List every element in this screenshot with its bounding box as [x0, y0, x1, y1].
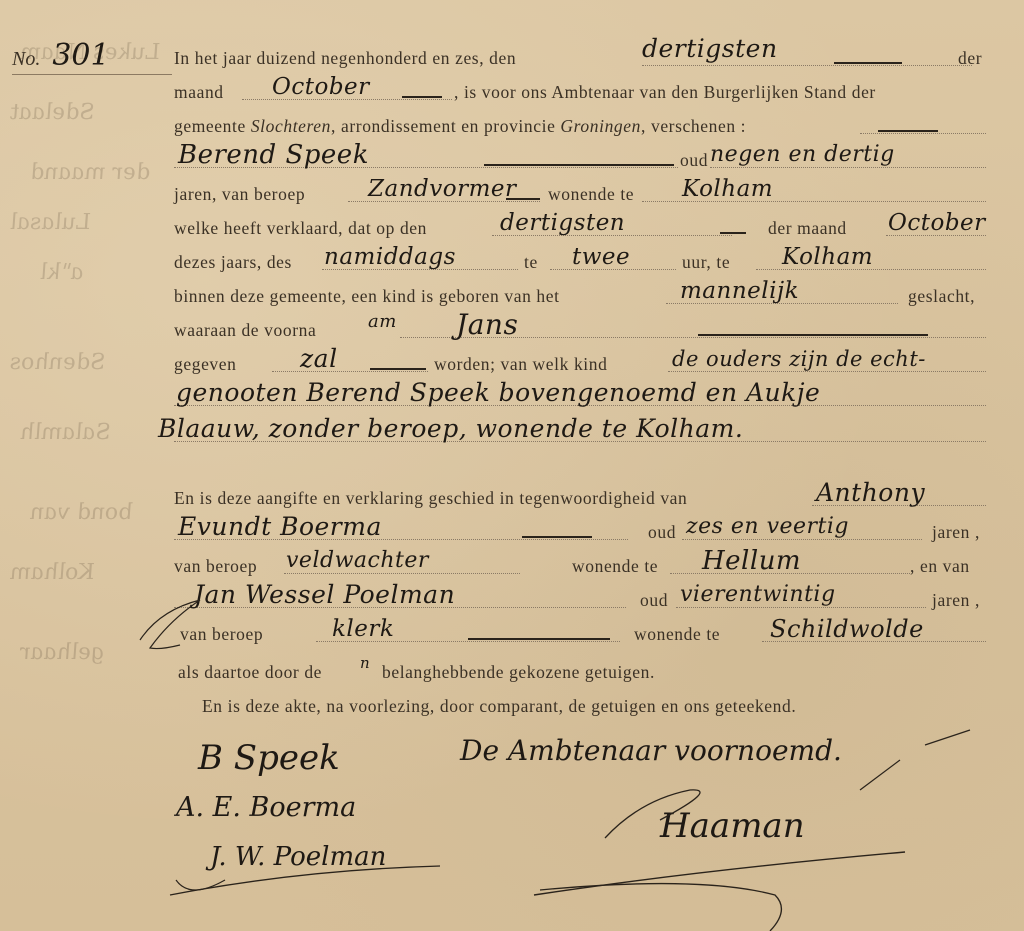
printed-text: oud	[680, 150, 708, 170]
handwritten-correction: am	[368, 305, 397, 339]
handwritten-mother-details: Blaauw, zonder beroep, wonende te Kolham…	[158, 412, 743, 446]
filler-dash	[834, 62, 902, 64]
handwritten-parents-intro: de ouders zijn de echt-	[672, 342, 926, 376]
printed-arrondissement: , arrondissement en provincie	[331, 116, 555, 136]
line-16: Jan Wessel Poelman oud vierentwintig jar…	[172, 580, 988, 614]
printed-text: En is deze akte, na voorlezing, door com…	[202, 696, 796, 716]
handwritten-witness1-occupation: veldwachter	[286, 544, 429, 578]
line-6: welke heeft verklaard, dat op den dertig…	[172, 208, 988, 242]
line-7: dezes jaars, des namiddags te twee uur, …	[172, 242, 988, 276]
filler-dash	[402, 96, 442, 98]
line-17: van beroep klerk wonende te Schildwolde	[172, 614, 988, 648]
printed-text: als daartoe door de	[178, 662, 322, 682]
line-10: gegeven zal worden; van welk kind de oud…	[172, 344, 988, 378]
line-2: maand October , is voor ons Ambtenaar va…	[172, 72, 988, 106]
printed-text: In het jaar duizend negenhonderd en zes,…	[174, 48, 516, 68]
act-number: 301	[52, 38, 109, 73]
line-8: binnen deze gemeente, een kind is gebore…	[172, 276, 988, 310]
official-caption: De Ambtenaar voornoemd.	[460, 734, 842, 767]
handwritten-zal: zal	[300, 342, 338, 376]
handwritten-witness2-residence: Schildwolde	[770, 612, 924, 646]
handwritten-time-of-day: namiddags	[324, 240, 456, 274]
act-number-block: No. 301	[12, 38, 172, 73]
handwritten-witness2-age: vierentwintig	[680, 578, 836, 612]
number-label: No.	[12, 48, 40, 70]
signature-declarant: B Speek	[198, 738, 340, 778]
filler-dash	[484, 164, 674, 166]
printed-text: oud	[648, 522, 676, 542]
filler-dash	[522, 536, 592, 538]
handwritten-witness2-name: Jan Wessel Poelman	[194, 578, 455, 612]
handwritten-witness1-firstname: Anthony	[816, 476, 925, 510]
printed-text: jaren ,	[932, 522, 980, 542]
line-4: Berend Speek oud negen en dertig	[172, 140, 988, 174]
signature-official: Haaman	[660, 806, 805, 846]
printed-text: geslacht,	[908, 286, 975, 306]
line-13: En is deze aangifte en verklaring geschi…	[172, 478, 988, 512]
printed-text: wonende te	[572, 556, 658, 576]
handwritten-sex: mannelijk	[680, 274, 799, 308]
line-5: jaren, van beroep Zandvormer wonende te …	[172, 174, 988, 208]
filler-dash	[468, 638, 610, 640]
printed-text: belanghebbende gekozene getuigen.	[382, 662, 655, 682]
handwritten-witness1-name: Evundt Boerma	[178, 510, 382, 544]
handwritten-birth-place: Kolham	[782, 240, 873, 274]
filler-dash	[720, 232, 746, 234]
handwritten-witness2-occupation: klerk	[332, 612, 394, 646]
printed-text: van beroep	[174, 556, 257, 576]
printed-text: welke heeft verklaard, dat op den	[174, 218, 427, 238]
filler-dash	[698, 334, 928, 336]
handwritten-birth-day: dertigsten	[500, 206, 625, 240]
line-11: genooten Berend Speek bovengenoemd en Au…	[172, 378, 988, 412]
printed-text: gemeente Slochteren, arrondissement en p…	[174, 116, 746, 136]
handwritten-parents-names: genooten Berend Speek bovengenoemd en Au…	[176, 376, 820, 410]
handwritten-declarant-age: negen en dertig	[710, 138, 895, 172]
printed-text: der	[958, 48, 982, 68]
printed-text: jaren, van beroep	[174, 184, 305, 204]
handwritten-day: dertigsten	[642, 32, 778, 66]
signature-witness2: J. W. Poelman	[210, 842, 386, 872]
handwritten-birth-month: October	[888, 206, 986, 240]
printed-text: waaraan de voorna	[174, 320, 316, 340]
printed-text: binnen deze gemeente, een kind is gebore…	[174, 286, 560, 306]
line-1: In het jaar duizend negenhonderd en zes,…	[172, 38, 988, 72]
bleed-through-text: Lukes Naam Sdelaat der maand Lulasal a"k…	[0, 0, 160, 931]
handwritten-witness1-age: zes en veertig	[686, 510, 849, 544]
handwritten-declarant-name: Berend Speek	[178, 138, 369, 172]
printed-text: dezes jaars, des	[174, 252, 292, 272]
printed-text: maand	[174, 82, 224, 102]
printed-text: te	[524, 252, 538, 272]
number-divider	[12, 74, 172, 75]
printed-text: En is deze aangifte en verklaring geschi…	[174, 488, 687, 508]
printed-verschenen: , verschenen :	[641, 116, 746, 136]
printed-text: der maand	[768, 218, 847, 238]
printed-text: worden; van welk kind	[434, 354, 607, 374]
handwritten-child-name: Jans	[456, 308, 518, 342]
province-name: Groningen	[560, 116, 641, 136]
filler-dash	[878, 130, 938, 132]
printed-text: , en van	[910, 556, 970, 576]
handwritten-declarant-occupation: Zandvormer	[368, 172, 516, 206]
printed-text: uur, te	[682, 252, 730, 272]
printed-text: wonende te	[634, 624, 720, 644]
printed-text: , is voor ons Ambtenaar van den Burgerli…	[454, 82, 876, 102]
signature-witness1: A. E. Boerma	[176, 792, 356, 823]
filler-dash	[370, 368, 426, 370]
printed-text: gegeven	[174, 354, 237, 374]
line-14: Evundt Boerma oud zes en veertig jaren ,	[172, 512, 988, 546]
handwritten-correction: n	[360, 646, 370, 680]
printed-gemeente: gemeente	[174, 116, 246, 136]
printed-text: wonende te	[548, 184, 634, 204]
handwritten-hour: twee	[572, 240, 630, 274]
handwritten-month: October	[272, 70, 370, 104]
printed-text: van beroep	[180, 624, 263, 644]
line-12: Blaauw, zonder beroep, wonende te Kolham…	[172, 414, 988, 448]
printed-text: jaren ,	[932, 590, 980, 610]
line-15: van beroep veldwachter wonende te Hellum…	[172, 546, 988, 580]
handwritten-declarant-residence: Kolham	[682, 172, 773, 206]
line-3: gemeente Slochteren, arrondissement en p…	[172, 106, 988, 140]
line-9: waaraan de voorna am Jans	[172, 310, 988, 344]
filler-dash	[506, 198, 540, 200]
printed-text: oud	[640, 590, 668, 610]
line-18: als daartoe door de n belanghebbende gek…	[172, 652, 988, 686]
line-19: En is deze akte, na voorlezing, door com…	[172, 686, 988, 720]
handwritten-witness1-residence: Hellum	[702, 544, 801, 578]
municipality-name: Slochteren	[251, 116, 331, 136]
